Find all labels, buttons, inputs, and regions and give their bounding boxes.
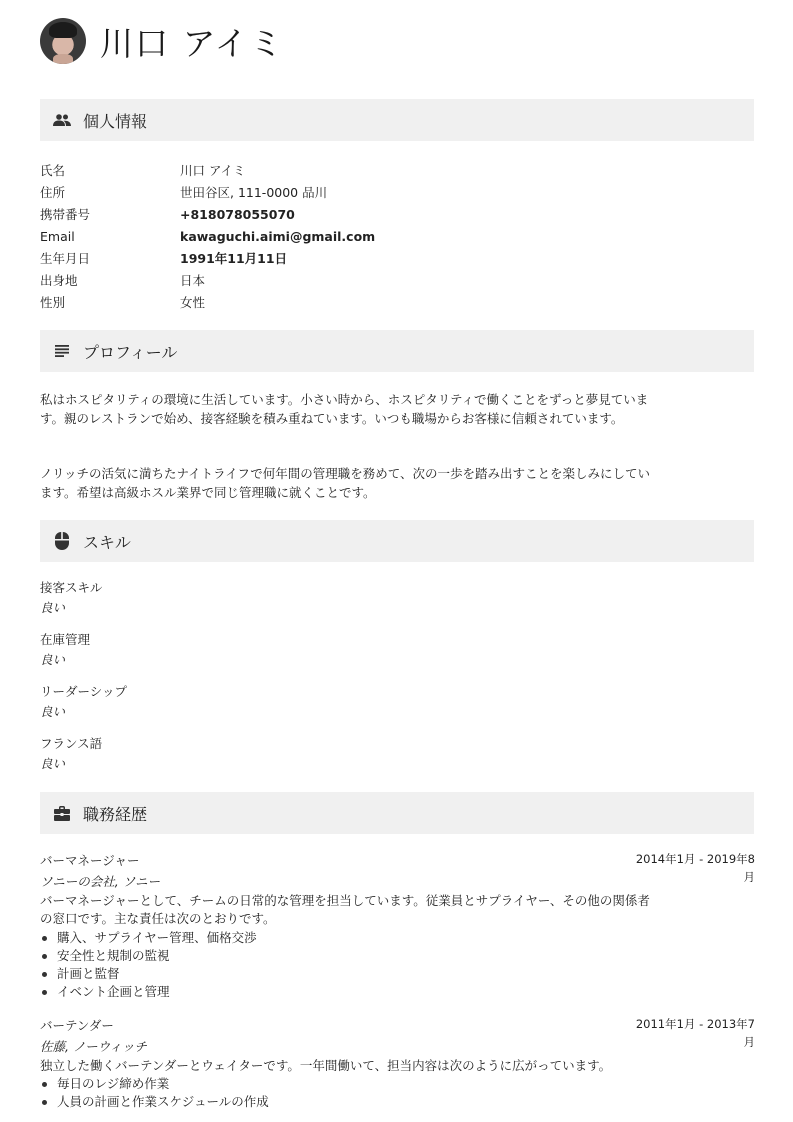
info-label: 携帯番号: [40, 204, 180, 226]
candidate-name: 川口 アイミ: [100, 18, 285, 65]
job-date-line: 月: [625, 1033, 755, 1051]
info-value: 日本: [180, 270, 205, 292]
info-label: 氏名: [40, 160, 180, 182]
info-label: 生年月日: [40, 248, 180, 270]
info-row-gender: 性別 女性: [40, 292, 375, 314]
profile-paragraph-2: ノリッチの活気に満ちたナイトライフで何年間の管理職を務めて、次の一歩を踏み出すこ…: [40, 464, 650, 502]
info-label: 住所: [40, 182, 180, 204]
skill-level: 良い: [40, 650, 90, 670]
job-date-line: 2011年1月 - 2013年7: [625, 1015, 755, 1033]
info-row-address: 住所 世田谷区, 111-0000 品川: [40, 182, 375, 204]
job-date-line: 月: [625, 868, 755, 886]
section-title: スキル: [83, 530, 131, 553]
mouse-icon: [52, 531, 72, 551]
bullet-item: 人員の計画と作業スケジュールの作成: [40, 1093, 269, 1111]
info-value: 世田谷区, 111-0000 品川: [180, 182, 327, 204]
info-value: 1991年11月11日: [180, 248, 287, 270]
skill-name: 接客スキル: [40, 578, 102, 598]
section-header-skills: スキル: [40, 520, 754, 562]
info-label: 出身地: [40, 270, 180, 292]
job-title: バーテンダー: [40, 1016, 114, 1034]
section-title: プロフィール: [83, 340, 177, 363]
skill-item: 接客スキル 良い: [40, 578, 102, 618]
job-description: 独立した働くバーテンダーとウェイターです。一年間働いて、担当内容は次のように広が…: [40, 1057, 650, 1075]
info-value: kawaguchi.aimi@gmail.com: [180, 226, 375, 248]
info-label: Email: [40, 226, 180, 248]
section-title: 職務経歴: [83, 802, 147, 825]
job-title: バーマネージャー: [40, 851, 140, 869]
info-row-birthdate: 生年月日 1991年11月11日: [40, 248, 375, 270]
skill-level: 良い: [40, 598, 102, 618]
bullet-item: 毎日のレジ締め作業: [40, 1075, 269, 1093]
info-row-birthplace: 出身地 日本: [40, 270, 375, 292]
skill-item: フランス語 良い: [40, 734, 102, 774]
bullet-item: 安全性と規制の監視: [40, 947, 257, 965]
job-date-line: 2014年1月 - 2019年8: [625, 850, 755, 868]
job-bullets: 毎日のレジ締め作業 人員の計画と作業スケジュールの作成: [40, 1075, 269, 1111]
info-row-phone: 携帯番号 +818078055070: [40, 204, 375, 226]
job-company: ソニーの会社, ソニー: [40, 872, 160, 890]
skill-name: フランス語: [40, 734, 102, 754]
skill-name: 在庫管理: [40, 630, 90, 650]
resume-header: 川口 アイミ: [40, 17, 285, 65]
info-row-name: 氏名 川口 アイミ: [40, 160, 375, 182]
skill-item: 在庫管理 良い: [40, 630, 90, 670]
info-value: 女性: [180, 292, 205, 314]
job-bullets: 購入、サプライヤー管理、価格交渉 安全性と規制の監視 計画と監督 イベント企画と…: [40, 929, 257, 1001]
avatar: [40, 18, 86, 64]
section-header-personal: 個人情報: [40, 99, 754, 141]
skill-name: リーダーシップ: [40, 682, 127, 702]
info-value: +818078055070: [180, 204, 295, 226]
bullet-item: 計画と監督: [40, 965, 257, 983]
skill-level: 良い: [40, 702, 127, 722]
info-row-email: Email kawaguchi.aimi@gmail.com: [40, 226, 375, 248]
info-label: 性別: [40, 292, 180, 314]
skill-level: 良い: [40, 754, 102, 774]
personal-info-table: 氏名 川口 アイミ 住所 世田谷区, 111-0000 品川 携帯番号 +818…: [40, 160, 375, 314]
section-header-experience: 職務経歴: [40, 792, 754, 834]
info-value: 川口 アイミ: [180, 160, 245, 182]
skill-item: リーダーシップ 良い: [40, 682, 127, 722]
briefcase-icon: [52, 803, 72, 823]
section-title: 個人情報: [83, 109, 147, 132]
job-date: 2011年1月 - 2013年7 月: [625, 1015, 755, 1051]
profile-paragraph-1: 私はホスピタリティの環境に生活しています。小さい時から、ホスピタリティで働くこと…: [40, 390, 650, 428]
bullet-item: イベント企画と管理: [40, 983, 257, 1001]
bullet-item: 購入、サプライヤー管理、価格交渉: [40, 929, 257, 947]
job-description: バーマネージャーとして、チームの日常的な管理を担当しています。従業員とサプライヤ…: [40, 892, 650, 928]
section-header-profile: プロフィール: [40, 330, 754, 372]
job-date: 2014年1月 - 2019年8 月: [625, 850, 755, 886]
people-icon: [52, 110, 72, 130]
job-company: 佐藤, ノーウィッチ: [40, 1037, 147, 1055]
text-lines-icon: [52, 341, 72, 361]
